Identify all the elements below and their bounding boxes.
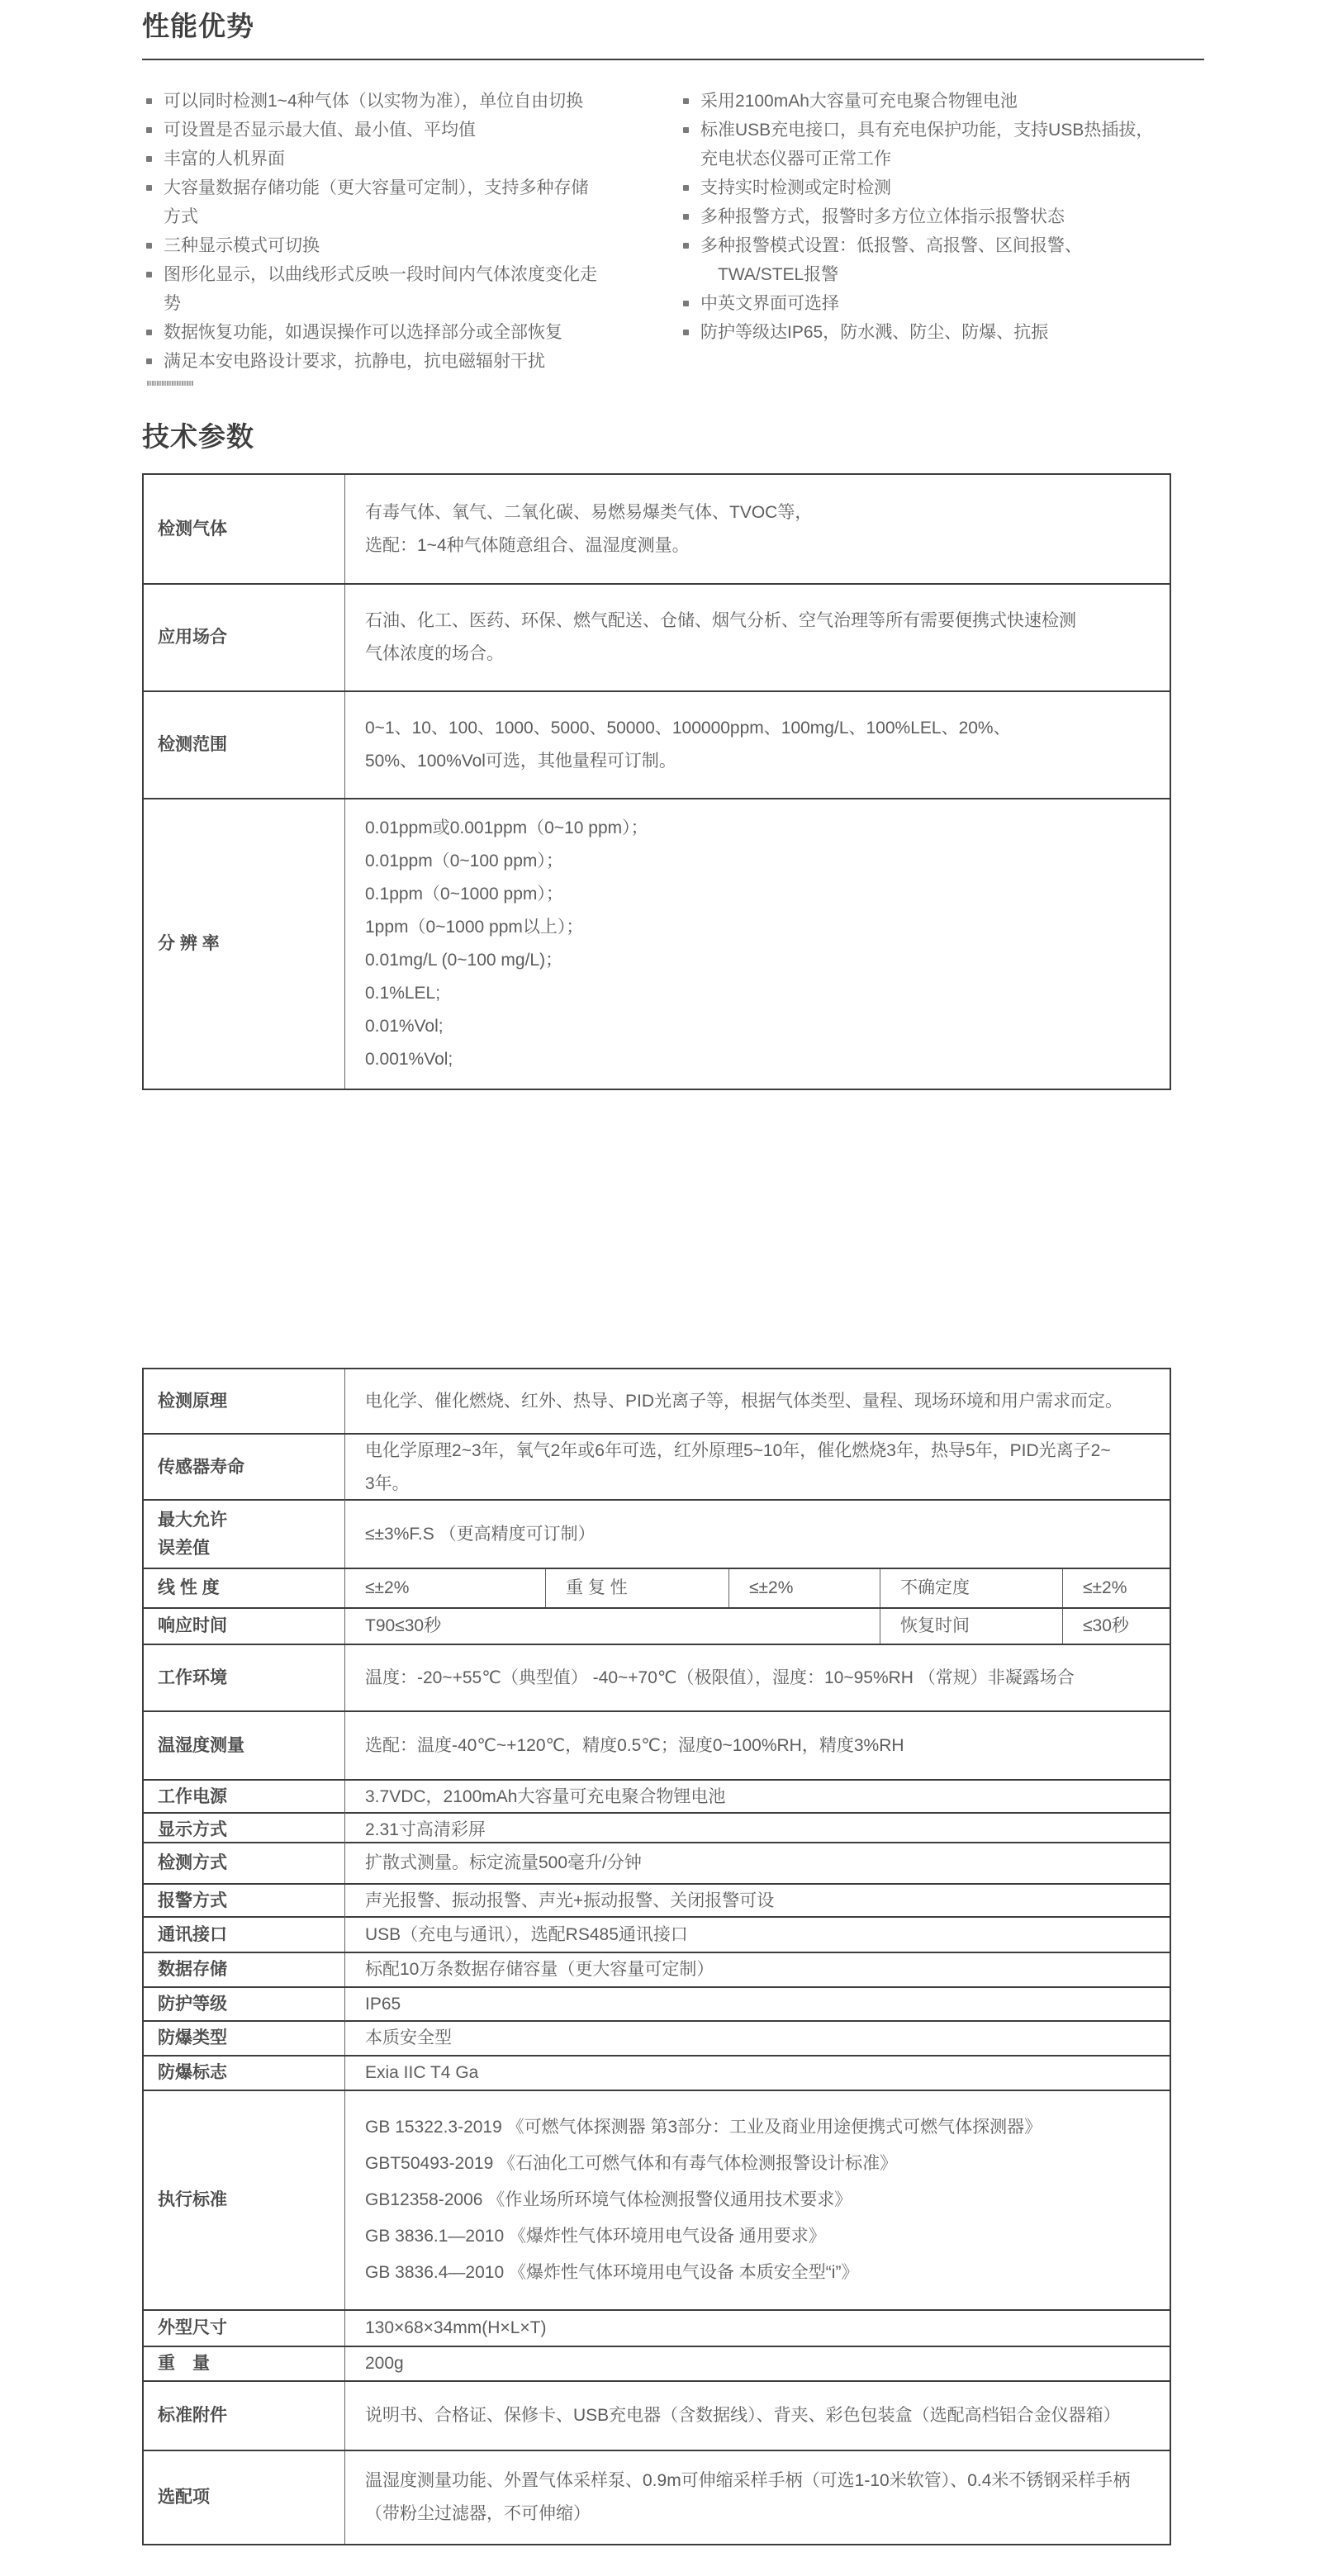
- feature-text: 标准USB充电接口，具有充电保护功能，支持USB热插拔， 充电状态仪器可正常工作: [700, 116, 1153, 173]
- bullet-icon: [146, 185, 152, 191]
- feature-text: 防护等级达IP65，防水溅、防尘、防爆、抗振: [700, 318, 1048, 347]
- spec-label: 重 量: [144, 2347, 345, 2380]
- feature-text: 数据恢复功能，如遇误操作可以选择部分或全部恢复: [164, 318, 562, 347]
- list-item: 采用2100mAh大容量可充电聚合物锂电池: [679, 87, 1175, 116]
- list-item: 可设置是否显示最大值、最小值、平均值: [142, 116, 605, 145]
- spec-label: 检测原理: [144, 1369, 345, 1433]
- table-row: 传感器寿命 电化学原理2~3年，氧气2年或6年可选，红外原理5~10年，催化燃烧…: [144, 1435, 1170, 1501]
- list-item: 多种报警方式，报警时多方位立体指示报警状态: [679, 202, 1175, 231]
- table-row: 显示方式 2.31寸高清彩屏: [144, 1814, 1170, 1843]
- spec-label: 响应时间: [144, 1609, 345, 1644]
- spec-sublabel: 不确定度: [880, 1569, 1063, 1607]
- table-row: 分 辨 率 0.01ppm或0.001ppm（0~10 ppm）； 0.01pp…: [144, 799, 1170, 1089]
- spec-value: 石油、化工、医药、环保、燃气配送、仓储、烟气分析、空气治理等所有需要便携式快速检…: [345, 585, 1170, 690]
- spec-table-basic: 检测气体 有毒气体、氧气、二氧化碳、易燃易爆类气体、TVOC等， 选配：1~4种…: [142, 473, 1171, 1090]
- spec-label: 防护等级: [144, 1988, 345, 2021]
- spec-value: 选配：温度-40℃~+120℃，精度0.5℃；湿度0~100%RH，精度3%RH: [345, 1712, 1170, 1779]
- feature-text: 中英文界面可选择: [700, 289, 839, 318]
- list-item: 多种报警模式设置：低报警、高报警、区间报警、 TWA/STEL报警: [679, 231, 1175, 289]
- table-row: 检测原理 电化学、催化燃烧、红外、热导、PID光离子等，根据气体类型、量程、现场…: [144, 1369, 1170, 1435]
- table-row: 防护等级 IP65: [144, 1988, 1170, 2022]
- spec-label: 数据存储: [144, 1953, 345, 1986]
- spec-label: 分 辨 率: [144, 799, 345, 1089]
- specs-section-title: 技术参数: [142, 419, 1324, 455]
- spec-label: 工作环境: [144, 1645, 345, 1710]
- bullet-icon: [683, 301, 689, 306]
- bullet-icon: [146, 358, 152, 364]
- bullet-icon: [683, 98, 689, 104]
- feature-text: 多种报警模式设置：低报警、高报警、区间报警、 TWA/STEL报警: [700, 231, 1082, 289]
- list-item: 大容量数据存储功能（更大容量可定制），支持多种存储 方式: [142, 173, 605, 231]
- spec-label: 选配项: [144, 2451, 345, 2544]
- bullet-icon: [683, 214, 689, 220]
- spec-value: 温湿度测量功能、外置气体采样泵、0.9m可伸缩采样手柄（可选1-10米软管）、0…: [345, 2451, 1170, 2544]
- feature-text: 支持实时检测或定时检测: [700, 173, 891, 202]
- spec-value: 2.31寸高清彩屏: [345, 1814, 1170, 1847]
- list-item: 中英文界面可选择: [679, 289, 1175, 318]
- table-row: 执行标准 GB 15322.3-2019 《可燃气体探测器 第3部分：工业及商业…: [144, 2091, 1170, 2311]
- bullet-icon: [146, 98, 152, 104]
- table-row: 标准附件 说明书、合格证、保修卡、USB充电器（含数据线）、背夹、彩色包装盒（选…: [144, 2382, 1170, 2451]
- bullet-icon: [146, 243, 152, 249]
- feature-list-right: 采用2100mAh大容量可充电聚合物锂电池 标准USB充电接口，具有充电保护功能…: [679, 87, 1175, 347]
- table-row-metrics: 线 性 度 ≤±2% 重 复 性 ≤±2% 不确定度 ≤±2%: [144, 1569, 1170, 1609]
- spec-label: 工作电源: [144, 1781, 345, 1814]
- spec-label: 外型尺寸: [144, 2311, 345, 2346]
- spec-table-detailed: 检测原理 电化学、催化燃烧、红外、热导、PID光离子等，根据气体类型、量程、现场…: [142, 1368, 1171, 2545]
- table-row: 检测气体 有毒气体、氧气、二氧化碳、易燃易爆类气体、TVOC等， 选配：1~4种…: [144, 475, 1170, 585]
- list-item: 可以同时检测1~4种气体（以实物为准），单位自由切换: [142, 87, 605, 116]
- table-row: 选配项 温湿度测量功能、外置气体采样泵、0.9m可伸缩采样手柄（可选1-10米软…: [144, 2451, 1170, 2544]
- spec-label: 防爆类型: [144, 2022, 345, 2055]
- spec-label: 应用场合: [144, 585, 345, 690]
- spec-value: IP65: [345, 1988, 1170, 2021]
- spec-value: Exia IIC T4 Ga: [345, 2057, 1170, 2090]
- spec-value: 3.7VDC，2100mAh大容量可充电聚合物锂电池: [345, 1781, 1170, 1814]
- list-item: 丰富的人机界面: [142, 145, 605, 173]
- spec-value: USB（充电与通讯），选配RS485通讯接口: [345, 1918, 1170, 1952]
- spec-value: 有毒气体、氧气、二氧化碳、易燃易爆类气体、TVOC等， 选配：1~4种气体随意组…: [345, 475, 1170, 583]
- spec-label: 防爆标志: [144, 2057, 345, 2090]
- feature-text: 满足本安电路设计要求，抗静电，抗电磁辐射干扰: [164, 347, 545, 376]
- feature-text: 丰富的人机界面: [164, 145, 285, 173]
- spec-label: 通讯接口: [144, 1918, 345, 1952]
- bullet-icon: [683, 127, 689, 133]
- spec-value: 说明书、合格证、保修卡、USB充电器（含数据线）、背夹、彩色包装盒（选配高档铝合…: [345, 2382, 1170, 2450]
- spec-value: ≤±2%: [1063, 1569, 1170, 1607]
- table-row-timing: 响应时间 T90≤30秒 恢复时间 ≤30秒: [144, 1609, 1170, 1645]
- feature-text: 三种显示模式可切换: [164, 231, 320, 260]
- feature-text: 采用2100mAh大容量可充电聚合物锂电池: [700, 87, 1018, 116]
- spec-value: 电化学、催化燃烧、红外、热导、PID光离子等，根据气体类型、量程、现场环境和用户…: [345, 1369, 1170, 1433]
- table-row: 工作环境 温度：-20~+55℃（典型值） -40~+70℃（极限值），湿度：1…: [144, 1645, 1170, 1712]
- table-row: 检测范围 0~1、10、100、1000、5000、50000、100000pp…: [144, 692, 1170, 799]
- spec-value: T90≤30秒: [345, 1609, 880, 1644]
- performance-section-title: 性能优势: [142, 8, 1324, 45]
- spec-sublabel: 重 复 性: [546, 1569, 729, 1607]
- illegible-micro-text: [147, 381, 193, 386]
- spec-sublabel: 恢复时间: [880, 1609, 1063, 1644]
- feature-list-section: 可以同时检测1~4种气体（以实物为准），单位自由切换 可设置是否显示最大值、最小…: [142, 60, 1324, 397]
- spec-value: 0.01ppm或0.001ppm（0~10 ppm）； 0.01ppm（0~10…: [345, 799, 1170, 1089]
- spec-label: 标准附件: [144, 2382, 345, 2450]
- bullet-icon: [146, 272, 152, 278]
- list-item: 三种显示模式可切换: [142, 231, 605, 260]
- table-row: 应用场合 石油、化工、医药、环保、燃气配送、仓储、烟气分析、空气治理等所有需要便…: [144, 585, 1170, 692]
- spec-label: 检测方式: [144, 1843, 345, 1883]
- table-row: 重 量 200g: [144, 2347, 1170, 2382]
- feature-text: 多种报警方式，报警时多方位立体指示报警状态: [700, 202, 1065, 231]
- table-row: 防爆标志 Exia IIC T4 Ga: [144, 2057, 1170, 2091]
- table-row: 报警方式 声光报警、振动报警、声光+振动报警、关闭报警可设: [144, 1885, 1170, 1918]
- spec-label: 传感器寿命: [144, 1435, 345, 1501]
- spec-value: GB 15322.3-2019 《可燃气体探测器 第3部分：工业及商业用途便携式…: [345, 2091, 1170, 2309]
- spec-value: ≤30秒: [1063, 1609, 1170, 1644]
- feature-text: 图形化显示，以曲线形式反映一段时间内气体浓度变化走 势: [164, 260, 597, 318]
- list-item: 满足本安电路设计要求，抗静电，抗电磁辐射干扰: [142, 347, 605, 376]
- table-row: 检测方式 扩散式测量。标定流量500毫升/分钟: [144, 1843, 1170, 1885]
- spec-label: 检测气体: [144, 475, 345, 583]
- spec-value: ≤±2%: [345, 1569, 546, 1607]
- spec-label: 检测范围: [144, 692, 345, 798]
- spec-label: 线 性 度: [144, 1569, 345, 1607]
- spec-value: 声光报警、振动报警、声光+振动报警、关闭报警可设: [345, 1885, 1170, 1918]
- feature-list-left: 可以同时检测1~4种气体（以实物为准），单位自由切换 可设置是否显示最大值、最小…: [142, 87, 605, 376]
- table-row: 数据存储 标配10万条数据存储容量（更大容量可定制）: [144, 1953, 1170, 1988]
- feature-text: 可以同时检测1~4种气体（以实物为准），单位自由切换: [164, 87, 583, 116]
- spec-label: 温湿度测量: [144, 1712, 345, 1779]
- spec-label: 执行标准: [144, 2091, 345, 2309]
- list-item: 数据恢复功能，如遇误操作可以选择部分或全部恢复: [142, 318, 605, 347]
- bullet-icon: [146, 127, 152, 133]
- spec-label: 显示方式: [144, 1814, 345, 1847]
- spec-value: 200g: [345, 2347, 1170, 2380]
- table-row: 通讯接口 USB（充电与通讯），选配RS485通讯接口: [144, 1918, 1170, 1953]
- list-item: 图形化显示，以曲线形式反映一段时间内气体浓度变化走 势: [142, 260, 605, 318]
- feature-text: 大容量数据存储功能（更大容量可定制），支持多种存储 方式: [164, 173, 589, 231]
- spec-label: 报警方式: [144, 1885, 345, 1918]
- spec-label: 最大允许 误差值: [144, 1501, 345, 1568]
- spec-value: 标配10万条数据存储容量（更大容量可定制）: [345, 1953, 1170, 1986]
- list-item: 防护等级达IP65，防水溅、防尘、防爆、抗振: [679, 318, 1175, 347]
- spec-value: ≤±2%: [729, 1569, 880, 1607]
- bullet-icon: [146, 156, 152, 162]
- spec-value: ≤±3%F.S （更高精度可订制）: [345, 1501, 1170, 1568]
- table-row: 最大允许 误差值 ≤±3%F.S （更高精度可订制）: [144, 1501, 1170, 1569]
- table-row: 防爆类型 本质安全型: [144, 2022, 1170, 2057]
- spec-value: 温度：-20~+55℃（典型值） -40~+70℃（极限值），湿度：10~95%…: [345, 1645, 1170, 1710]
- bullet-icon: [683, 185, 689, 191]
- spec-value: 电化学原理2~3年，氧气2年或6年可选，红外原理5~10年，催化燃烧3年，热导5…: [345, 1435, 1170, 1501]
- list-item: 标准USB充电接口，具有充电保护功能，支持USB热插拔， 充电状态仪器可正常工作: [679, 116, 1175, 173]
- table-row: 外型尺寸 130×68×34mm(H×L×T): [144, 2311, 1170, 2347]
- bullet-icon: [683, 243, 689, 249]
- bullet-icon: [146, 330, 152, 335]
- spec-value: 0~1、10、100、1000、5000、50000、100000ppm、100…: [345, 692, 1170, 798]
- spec-value: 本质安全型: [345, 2022, 1170, 2055]
- spec-value: 130×68×34mm(H×L×T): [345, 2311, 1170, 2346]
- table-row: 温湿度测量 选配：温度-40℃~+120℃，精度0.5℃；湿度0~100%RH，…: [144, 1712, 1170, 1781]
- list-item: 支持实时检测或定时检测: [679, 173, 1175, 202]
- spec-sheet: 性能优势 可以同时检测1~4种气体（以实物为准），单位自由切换 可设置是否显示最…: [0, 0, 1324, 2545]
- bullet-icon: [683, 330, 689, 335]
- feature-text: 可设置是否显示最大值、最小值、平均值: [164, 116, 476, 145]
- spec-value: 扩散式测量。标定流量500毫升/分钟: [345, 1843, 1170, 1883]
- table-row: 工作电源 3.7VDC，2100mAh大容量可充电聚合物锂电池: [144, 1781, 1170, 1814]
